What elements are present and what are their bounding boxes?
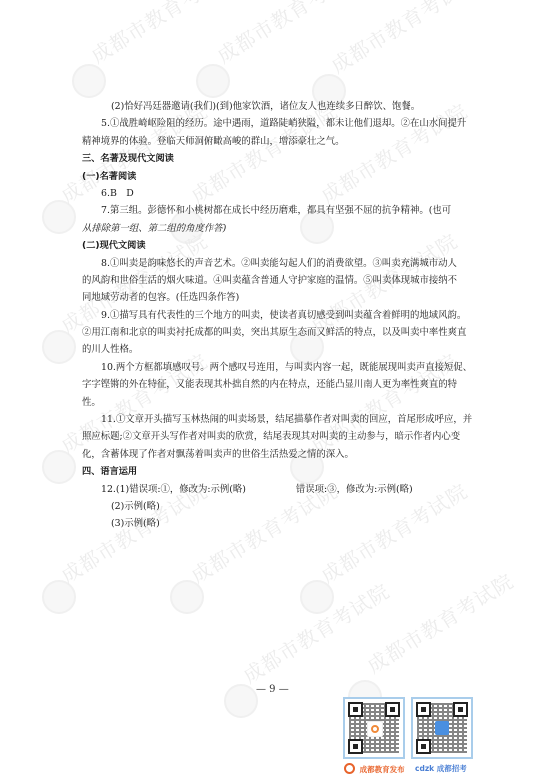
answer-line: 化，含蓄体现了作者对飘荡着叫卖声的世俗生活热爱之情的深入。: [82, 446, 474, 463]
qr-code-chengdu-zhaokao: [411, 697, 473, 759]
watermark-seal-icon: [170, 580, 204, 614]
qr-label-chengdu-zhaokao: cdzk 成都招考: [415, 763, 467, 774]
answer-line: 同地域劳动者的包容。(任选四条作答): [82, 289, 474, 306]
answer-line: 的川人性格。: [82, 341, 474, 358]
watermark-seal-icon: [42, 200, 76, 234]
answer-line: 的风韵和世俗生活的烟火味道。④叫卖蕴含普通人守护家庭的温情。⑤叫卖体现城市接纳不: [82, 272, 474, 289]
q12-part2: 错误项:③，修改为:示例(略): [296, 484, 413, 495]
qr-finder-icon: [385, 702, 400, 717]
answer-line: ②用江南和北京的叫卖衬托成都的叫卖，突出其原生态而又鲜活的特点，以及叫卖中率性爽…: [82, 324, 474, 341]
watermark-seal-icon: [42, 580, 76, 614]
answer-key-body: (2)恰好冯廷器邀请(我们)(到)他家饮酒，诸位友人也连续多日醉饮、饱餐。 5.…: [82, 98, 474, 533]
qr-finder-icon: [416, 739, 431, 754]
watermark-text: 成都市教育考试院: [237, 575, 395, 689]
subsection-heading: (二)现代文阅读: [82, 237, 474, 254]
answer-line: (2)恰好冯廷器邀请(我们)(到)他家饮酒，诸位友人也连续多日醉饮、饱餐。: [82, 98, 474, 115]
watermark-seal-icon: [42, 330, 76, 364]
answer-line: 8.①叫卖是韵味悠长的声音艺术。②叫卖能勾起人们的消费欲望。③叫卖充满城市动人: [82, 255, 474, 272]
watermark-seal-icon: [196, 64, 230, 98]
watermark-text: 成都市教育考试院: [325, 0, 483, 79]
watermark-seal-icon: [300, 580, 334, 614]
answer-line: 10.两个方框都填感叹号。两个感叹号连用，与叫卖内容一起，既能展现叫卖声直接短促…: [82, 359, 474, 376]
answer-line: 精神境界的体验。登临天师洞俯瞰高峻的群山，增添豪壮之气。: [82, 133, 474, 150]
sunflower-logo-icon: [367, 721, 383, 737]
answer-line: 9.①描写具有代表性的三个地方的叫卖，使读者真切感受到叫卖蕴含着鲜明的地域风韵。: [82, 307, 474, 324]
watermark-seal-icon: [72, 64, 106, 98]
qr-label-chengdu-education: 成都教育发布: [344, 763, 405, 775]
answer-line: 性。: [82, 394, 474, 411]
answer-line: 11.①文章开头描写玉林热闹的叫卖场景，结尾描摹作者对叫卖的回应，首尾形成呼应，…: [82, 411, 474, 428]
answer-line: 照应标题;②文章开头写作者对叫卖的欣赏，结尾表现其对叫卖的主动参与，暗示作者内心…: [82, 428, 474, 445]
answer-line: 5.①战胜崎岖险阻的经历。途中遇雨，道路陡峭狭隘，都未让他们退却。②在山水间提升: [82, 115, 474, 132]
watermark-seal-icon: [224, 684, 258, 718]
watermark-text: 成都市教育考试院: [361, 565, 519, 679]
answer-line: (3)示例(略): [82, 515, 474, 532]
watermark-text: 成都市教育考试院: [85, 0, 243, 69]
qr-finder-icon: [348, 702, 363, 717]
page-number: — 9 —: [256, 684, 289, 695]
qr-finder-icon: [416, 702, 431, 717]
section-heading: 三、名著及现代文阅读: [82, 150, 474, 167]
answer-line-q12: 12.(1)错误项:①，修改为:示例(略) 错误项:③，修改为:示例(略): [82, 481, 474, 498]
answer-line: 6.B D: [82, 185, 474, 202]
cdzk-logo-icon: [435, 721, 449, 735]
qr-finder-icon: [453, 702, 468, 717]
answer-line: 字字铿锵的外在特征，又能表现其朴拙自然的内在特点，还能凸显川南人更为率性爽直的特: [82, 376, 474, 393]
qr-finder-icon: [348, 739, 363, 754]
section-heading: 四、语言运用: [82, 463, 474, 480]
answer-note: 从排除第一组、第二组的角度作答): [82, 220, 474, 237]
answer-line: 7.第三组。彭德怀和小桃树都在成长中经历磨难，都具有坚强不屈的抗争精神。(也可: [82, 202, 474, 219]
q12-part1: 12.(1)错误项:①，修改为:示例(略): [101, 484, 246, 495]
subsection-heading: (一)名著阅读: [82, 168, 474, 185]
watermark-seal-icon: [42, 450, 76, 484]
answer-line: (2)示例(略): [82, 498, 474, 515]
ring-logo-icon: [344, 763, 355, 774]
watermark-text: 成都市教育考试院: [211, 0, 369, 69]
qr-code-chengdu-education: [343, 697, 405, 759]
